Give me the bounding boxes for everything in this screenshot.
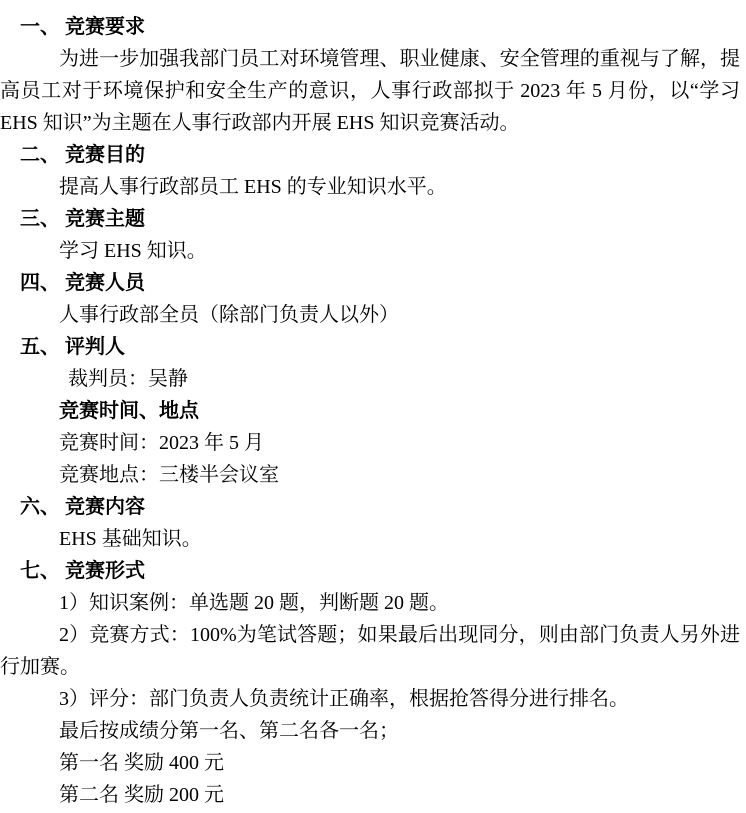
paragraph: 学习 EHS 知识。	[0, 235, 740, 267]
paragraph: 提高人事行政部员工 EHS 的专业知识水平。	[0, 171, 740, 203]
section-heading: 六、竞赛内容	[0, 491, 740, 523]
section-heading: 七、竞赛形式	[0, 555, 740, 587]
paragraph: 竞赛时间、地点	[0, 395, 740, 427]
paragraph: 为进一步加强我部门员工对环境管理、职业健康、安全管理的重视与了解，提高员工对于环…	[0, 43, 740, 139]
section-heading: 一、竞赛要求	[0, 11, 740, 43]
paragraph: 裁判员：吴静	[0, 363, 740, 395]
section-title: 评判人	[65, 331, 125, 363]
section-number: 三、	[20, 203, 65, 235]
paragraph: 2）竞赛方式：100%为笔试答题；如果最后出现同分，则由部门负责人另外进行加赛。	[0, 619, 740, 683]
paragraph: 第一名 奖励 400 元	[0, 747, 740, 779]
paragraph: 竞赛时间：2023 年 5 月	[0, 427, 740, 459]
section-title: 竞赛形式	[65, 555, 145, 587]
section-heading: 三、竞赛主题	[0, 203, 740, 235]
paragraph: 1）知识案例：单选题 20 题，判断题 20 题。	[0, 587, 740, 619]
section-title: 竞赛要求	[65, 11, 145, 43]
section-heading: 二、竞赛目的	[0, 139, 740, 171]
document-page: 一、竞赛要求为进一步加强我部门员工对环境管理、职业健康、安全管理的重视与了解，提…	[0, 0, 746, 813]
section-number: 一、	[20, 11, 65, 43]
section-heading: 四、竞赛人员	[0, 267, 740, 299]
paragraph: 竞赛地点：三楼半会议室	[0, 459, 740, 491]
section-title: 竞赛人员	[65, 267, 145, 299]
section-number: 四、	[20, 267, 65, 299]
section-title: 竞赛内容	[65, 491, 145, 523]
section-title: 竞赛主题	[65, 203, 145, 235]
section-number: 二、	[20, 139, 65, 171]
section-number: 六、	[20, 491, 65, 523]
paragraph: 第二名 奖励 200 元	[0, 779, 740, 811]
paragraph: 最后按成绩分第一名、第二名各一名；	[0, 715, 740, 747]
paragraph: 3）评分：部门负责人负责统计正确率，根据抢答得分进行排名。	[0, 683, 740, 715]
section-number: 五、	[20, 331, 65, 363]
document-body: 一、竞赛要求为进一步加强我部门员工对环境管理、职业健康、安全管理的重视与了解，提…	[0, 11, 740, 811]
paragraph: 人事行政部全员（除部门负责人以外）	[0, 299, 740, 331]
paragraph: EHS 基础知识。	[0, 523, 740, 555]
section-title: 竞赛目的	[65, 139, 145, 171]
section-number: 七、	[20, 555, 65, 587]
section-heading: 五、评判人	[0, 331, 740, 363]
